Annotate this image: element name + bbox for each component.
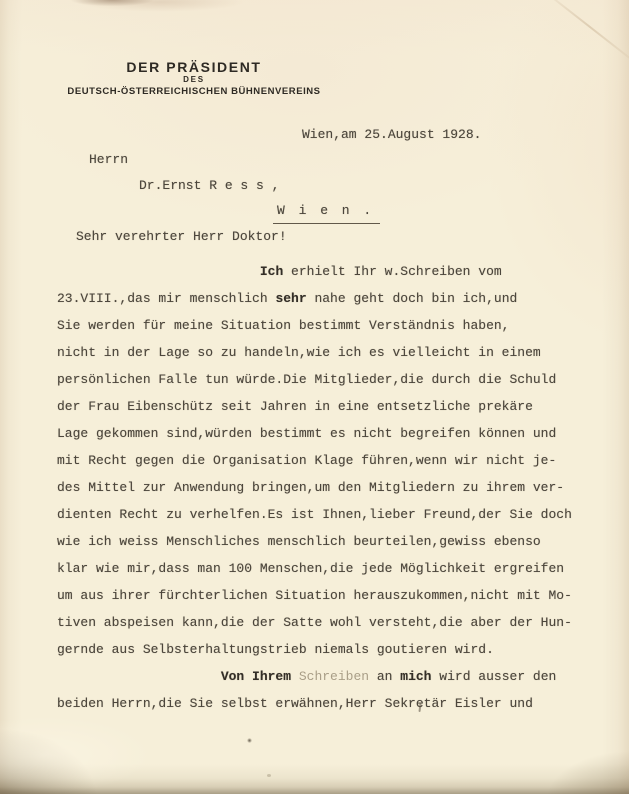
body-line: 23.VIII.,das mir menschlich sehr nahe ge… <box>57 285 605 312</box>
recipient-city: W i e n . <box>273 203 380 224</box>
salutation-line: Sehr verehrter Herr Doktor! <box>76 229 287 245</box>
letterhead: DER PRÄSIDENT DES DEUTSCH-ÖSTERREICHISCH… <box>52 59 336 97</box>
letter-body: Ich erhielt Ihr w.Schreiben vom23.VIII.,… <box>57 258 605 717</box>
body-line: wie ich weiss Menschliches menschlich be… <box>57 528 605 555</box>
body-line: gernde aus Selbsterhaltungstrieb niemals… <box>57 636 605 663</box>
body-line: des Mittel zur Anwendung bringen,um den … <box>57 474 605 501</box>
body-line: klar wie mir,dass man 100 Menschen,die j… <box>57 555 605 582</box>
scanned-letter-page: DER PRÄSIDENT DES DEUTSCH-ÖSTERREICHISCH… <box>0 0 629 794</box>
letterhead-subtitle: DES <box>52 75 336 84</box>
body-line: dienten Recht zu verhelfen.Es ist Ihnen,… <box>57 501 605 528</box>
letterhead-organization: DEUTSCH-ÖSTERREICHISCHEN BÜHNENVEREINS <box>52 86 336 97</box>
body-line: mit Recht gegen die Organisation Klage f… <box>57 447 605 474</box>
recipient-name: Dr.Ernst R e s s , <box>139 178 279 194</box>
body-line: persönlichen Falle tun würde.Die Mitglie… <box>57 366 605 393</box>
body-line: Von Ihrem Schreiben an mich wird ausser … <box>57 663 605 690</box>
body-line: beiden Herrn,die Sie selbst erwähnen,Her… <box>57 690 605 717</box>
body-line: der Frau Eibenschütz seit Jahren in eine… <box>57 393 605 420</box>
stray-typed-dot <box>247 738 252 743</box>
date-line: Wien,am 25.August 1928. <box>302 127 481 143</box>
body-line: Ich erhielt Ihr w.Schreiben vom <box>57 258 605 285</box>
recipient-prefix: Herrn <box>89 152 128 168</box>
body-line: tiven abspeisen kann,die der Satte wohl … <box>57 609 605 636</box>
letterhead-title: DER PRÄSIDENT <box>52 59 336 75</box>
body-line: Sie werden für meine Situation bestimmt … <box>57 312 605 339</box>
body-line: um aus ihrer fürchterlichen Situation he… <box>57 582 605 609</box>
paper-crease-top-right <box>538 0 629 68</box>
body-line: nicht in der Lage so zu handeln,wie ich … <box>57 339 605 366</box>
stray-paper-speck <box>267 774 271 777</box>
body-line: Lage gekommen sind,würden bestimmt es ni… <box>57 420 605 447</box>
